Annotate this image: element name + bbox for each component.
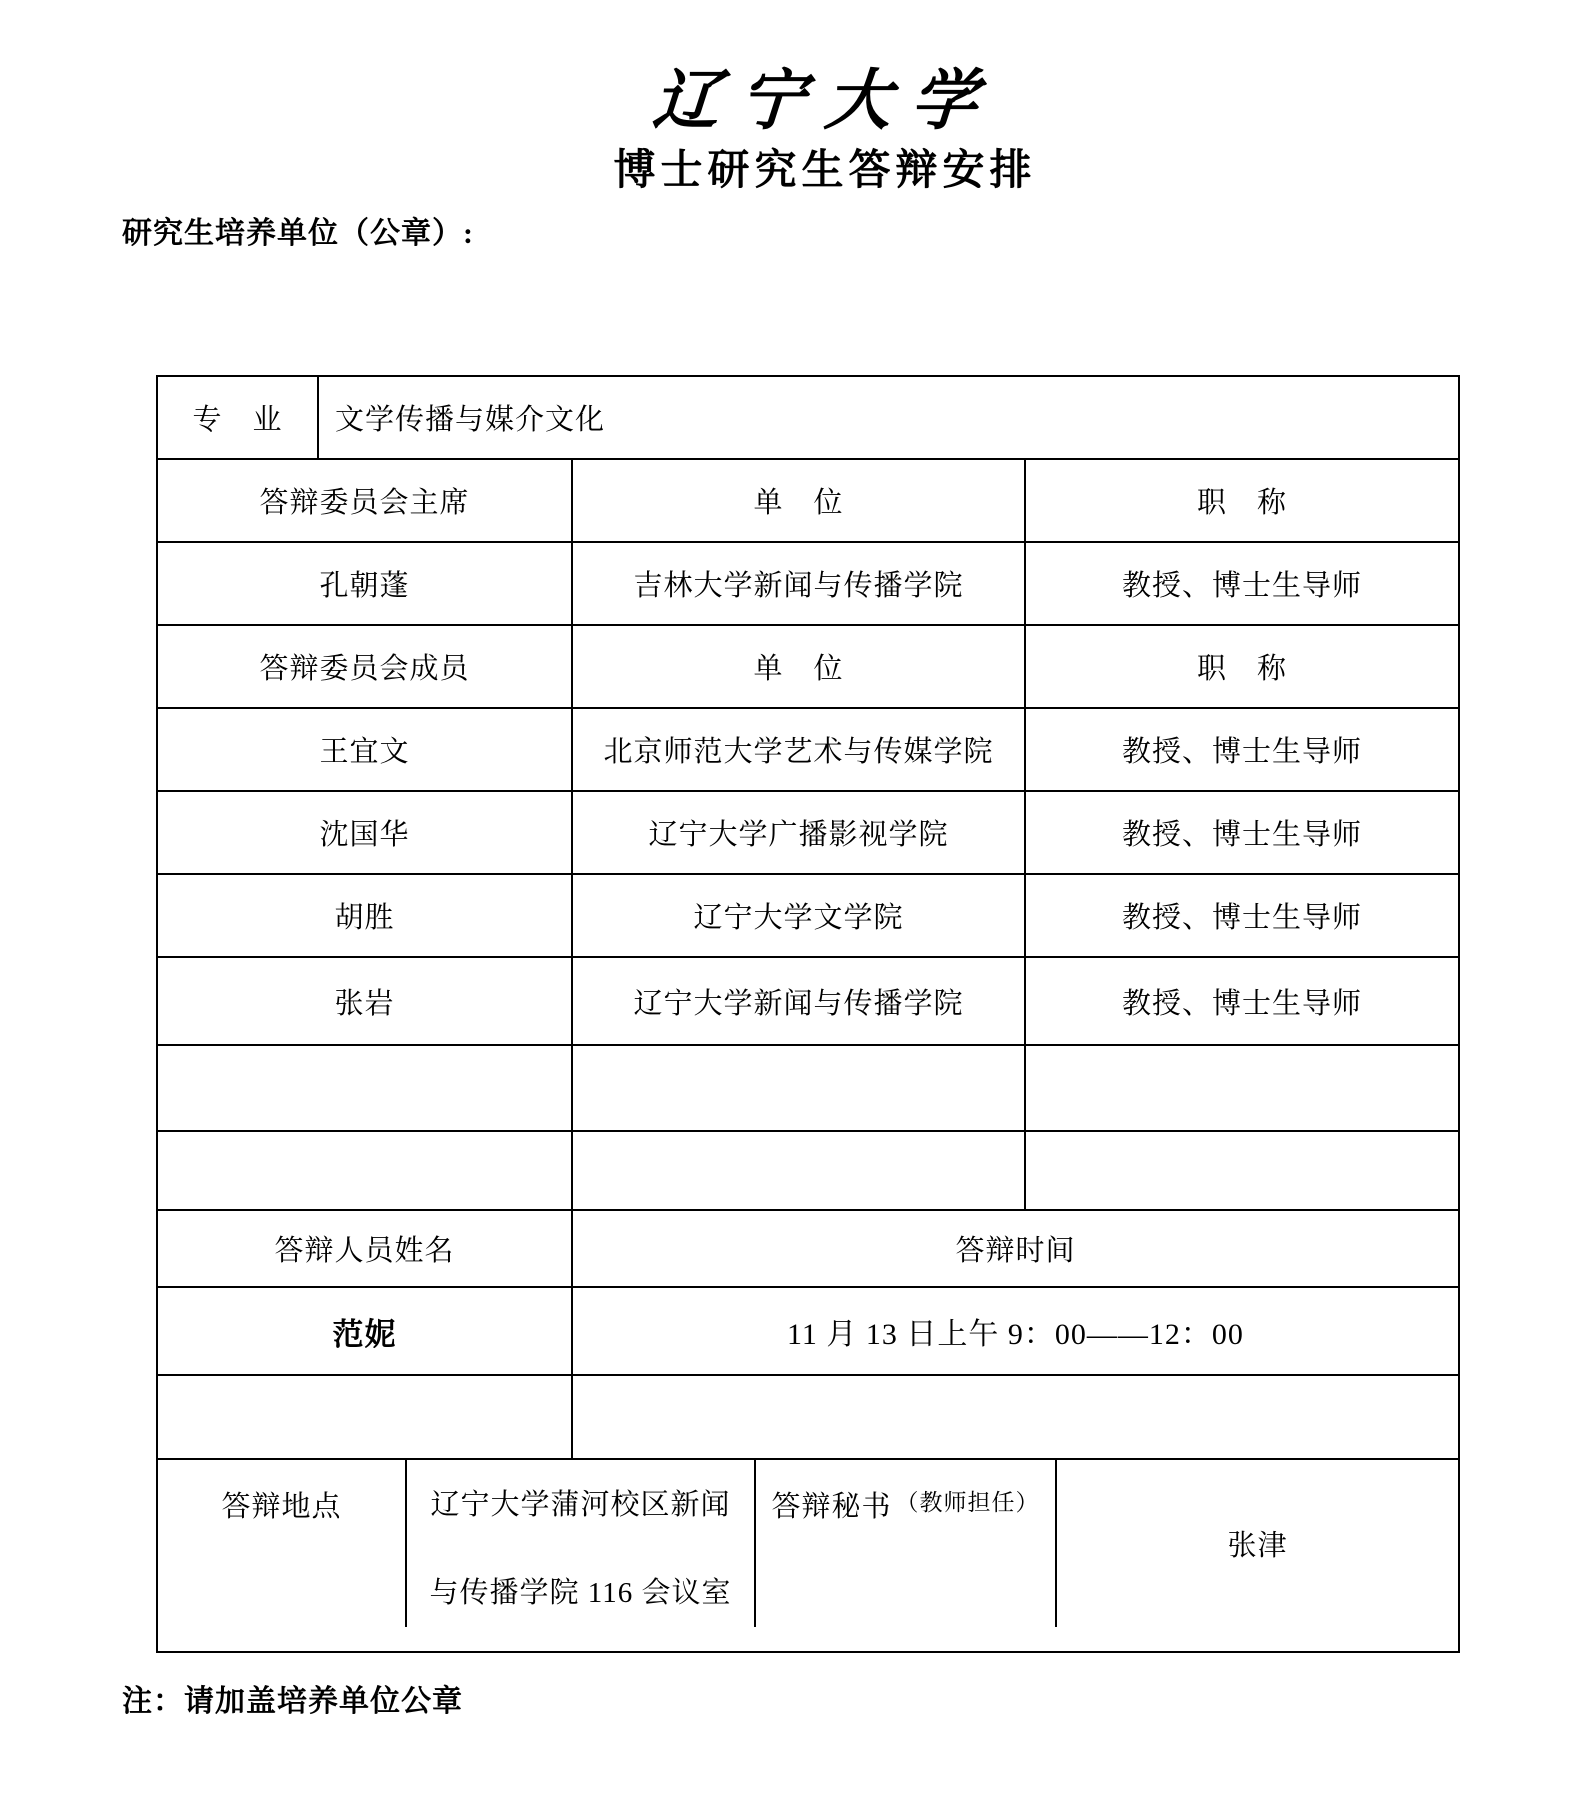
member-title-cell <box>1026 1132 1458 1209</box>
document-subtitle: 博士研究生答辩安排 <box>100 145 1550 195</box>
table-row: 张岩 辽宁大学新闻与传播学院 教授、博士生导师 <box>158 958 1458 1046</box>
table-row: 孔朝蓬 吉林大学新闻与传播学院 教授、博士生导师 <box>158 543 1458 626</box>
table-row <box>158 1046 1458 1132</box>
university-title: 辽宁大学 <box>650 66 999 139</box>
secretary-note: （教师担任） <box>896 1484 1040 1517</box>
member-unit-cell <box>573 1046 1026 1130</box>
document-header: 辽宁大学 博士研究生答辩安排 <box>100 66 1550 195</box>
member-title-cell: 教授、博士生导师 <box>1026 792 1458 873</box>
defense-header-row: 答辩人员姓名 答辩时间 <box>158 1211 1458 1288</box>
member-unit-cell <box>573 1132 1026 1209</box>
member-name-cell: 沈国华 <box>158 792 573 873</box>
chair-unit-cell: 吉林大学新闻与传播学院 <box>573 543 1026 624</box>
member-unit-cell: 辽宁大学广播影视学院 <box>573 792 1026 873</box>
defense-time-cell: 11 月 13 日上午 9：00——12：00 <box>573 1288 1458 1374</box>
secretary-label: 答辩秘书 <box>771 1484 891 1525</box>
member-name-cell: 胡胜 <box>158 875 573 956</box>
major-label-cell: 专 业 <box>158 377 319 458</box>
member-title-cell <box>1026 1046 1458 1130</box>
member-unit-header-cell: 单 位 <box>573 626 1026 707</box>
member-name-cell: 王宜文 <box>158 709 573 790</box>
chair-header-row: 答辩委员会主席 单 位 职 称 <box>158 460 1458 543</box>
location-line1: 辽宁大学蒲河校区新闻 <box>430 1482 730 1523</box>
student-name-cell: 范妮 <box>158 1288 573 1374</box>
defense-time-cell <box>573 1376 1458 1458</box>
location-value-cell: 辽宁大学蒲河校区新闻 与传播学院 116 会议室 <box>407 1460 756 1627</box>
chair-title-cell: 教授、博士生导师 <box>1026 543 1458 624</box>
location-line2: 与传播学院 116 会议室 <box>430 1570 732 1611</box>
chair-unit-header-cell: 单 位 <box>573 460 1026 541</box>
footer-note: 注：请加盖培养单位公章 <box>122 1676 463 1720</box>
chair-title-header-cell: 职 称 <box>1026 460 1458 541</box>
secretary-name-cell: 张津 <box>1057 1460 1458 1627</box>
major-value-cell: 文学传播与媒介文化 <box>319 377 1458 458</box>
member-title-header-cell: 职 称 <box>1026 626 1458 707</box>
table-row: 范妮 11 月 13 日上午 9：00——12：00 <box>158 1288 1458 1376</box>
table-row: 王宜文 北京师范大学艺术与传媒学院 教授、博士生导师 <box>158 709 1458 792</box>
chair-role-header-cell: 答辩委员会主席 <box>158 460 573 541</box>
member-title-cell: 教授、博士生导师 <box>1026 958 1458 1044</box>
chair-name-cell: 孔朝蓬 <box>158 543 573 624</box>
table-row: 胡胜 辽宁大学文学院 教授、博士生导师 <box>158 875 1458 958</box>
member-role-header-cell: 答辩委员会成员 <box>158 626 573 707</box>
member-title-cell: 教授、博士生导师 <box>1026 709 1458 790</box>
member-unit-cell: 北京师范大学艺术与传媒学院 <box>573 709 1026 790</box>
defense-time-header-cell: 答辩时间 <box>573 1211 1458 1286</box>
member-name-cell <box>158 1046 573 1130</box>
table-row: 沈国华 辽宁大学广播影视学院 教授、博士生导师 <box>158 792 1458 875</box>
member-title-cell: 教授、博士生导师 <box>1026 875 1458 956</box>
defense-name-header-cell: 答辩人员姓名 <box>158 1211 573 1286</box>
member-name-cell <box>158 1132 573 1209</box>
member-unit-cell: 辽宁大学文学院 <box>573 875 1026 956</box>
secretary-label-cell: 答辩秘书 （教师担任） <box>756 1460 1057 1627</box>
defense-arrangement-table: 专 业 文学传播与媒介文化 答辩委员会主席 单 位 职 称 孔朝蓬 吉林大学新闻… <box>156 375 1460 1653</box>
member-header-row: 答辩委员会成员 单 位 职 称 <box>158 626 1458 709</box>
member-name-cell: 张岩 <box>158 958 573 1044</box>
student-name-cell <box>158 1376 573 1458</box>
location-secretary-row: 答辩地点 辽宁大学蒲河校区新闻 与传播学院 116 会议室 答辩秘书 （教师担任… <box>158 1460 1458 1627</box>
table-row <box>158 1376 1458 1460</box>
training-unit-label: 研究生培养单位（公章）: <box>122 208 474 252</box>
location-label-cell: 答辩地点 <box>158 1460 407 1627</box>
member-unit-cell: 辽宁大学新闻与传播学院 <box>573 958 1026 1044</box>
table-row <box>158 1132 1458 1211</box>
major-row: 专 业 文学传播与媒介文化 <box>158 377 1458 460</box>
